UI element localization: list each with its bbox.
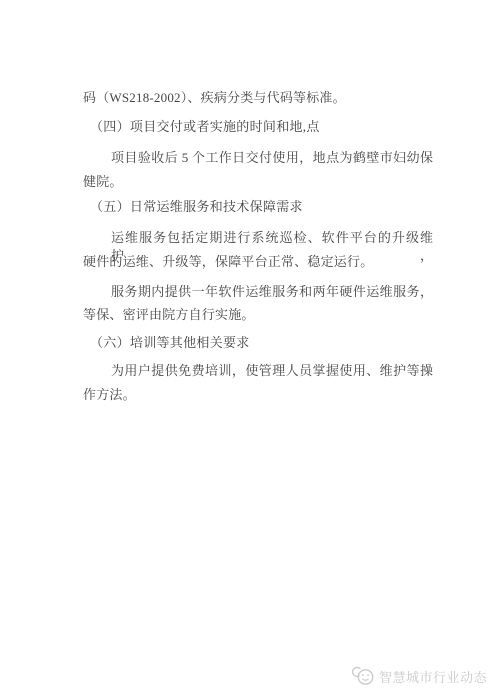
document-line: 健院。 <box>83 173 123 191</box>
section-heading: （五）日常运维服务和技术保障需求 <box>90 198 303 216</box>
watermark: 智慧城市行业动态 <box>350 665 487 687</box>
document-line: 等保、密评由院方自行实施。 <box>83 306 255 324</box>
document-line: 作方法。 <box>83 386 136 404</box>
watermark-label: 智慧城市行业动态 <box>379 667 487 686</box>
document-line: 硬件的运维、升级等，保障平台正常、稳定运行。 <box>83 253 373 271</box>
section-heading: （六）培训等其他相关要求 <box>90 334 250 352</box>
document-line: 项目验收后 5 个工作日交付使用，地点为鹤壁市妇幼保 <box>111 149 433 167</box>
mascot-face-logo-icon <box>350 665 376 687</box>
document-page: 码（WS218-2002）、疾病分类与代码等标准。 （四）项目交付或者实施的时间… <box>0 0 495 700</box>
document-line: 为用户提供免费培训，使管理人员掌握使用、维护等操 <box>111 362 433 380</box>
section-heading: （四）项目交付或者实施的时间和地,点 <box>90 118 320 136</box>
document-line: 服务期内提供一年软件运维服务和两年硬件运维服务， <box>111 283 433 301</box>
document-line: 码（WS218-2002）、疾病分类与代码等标准。 <box>83 89 346 107</box>
